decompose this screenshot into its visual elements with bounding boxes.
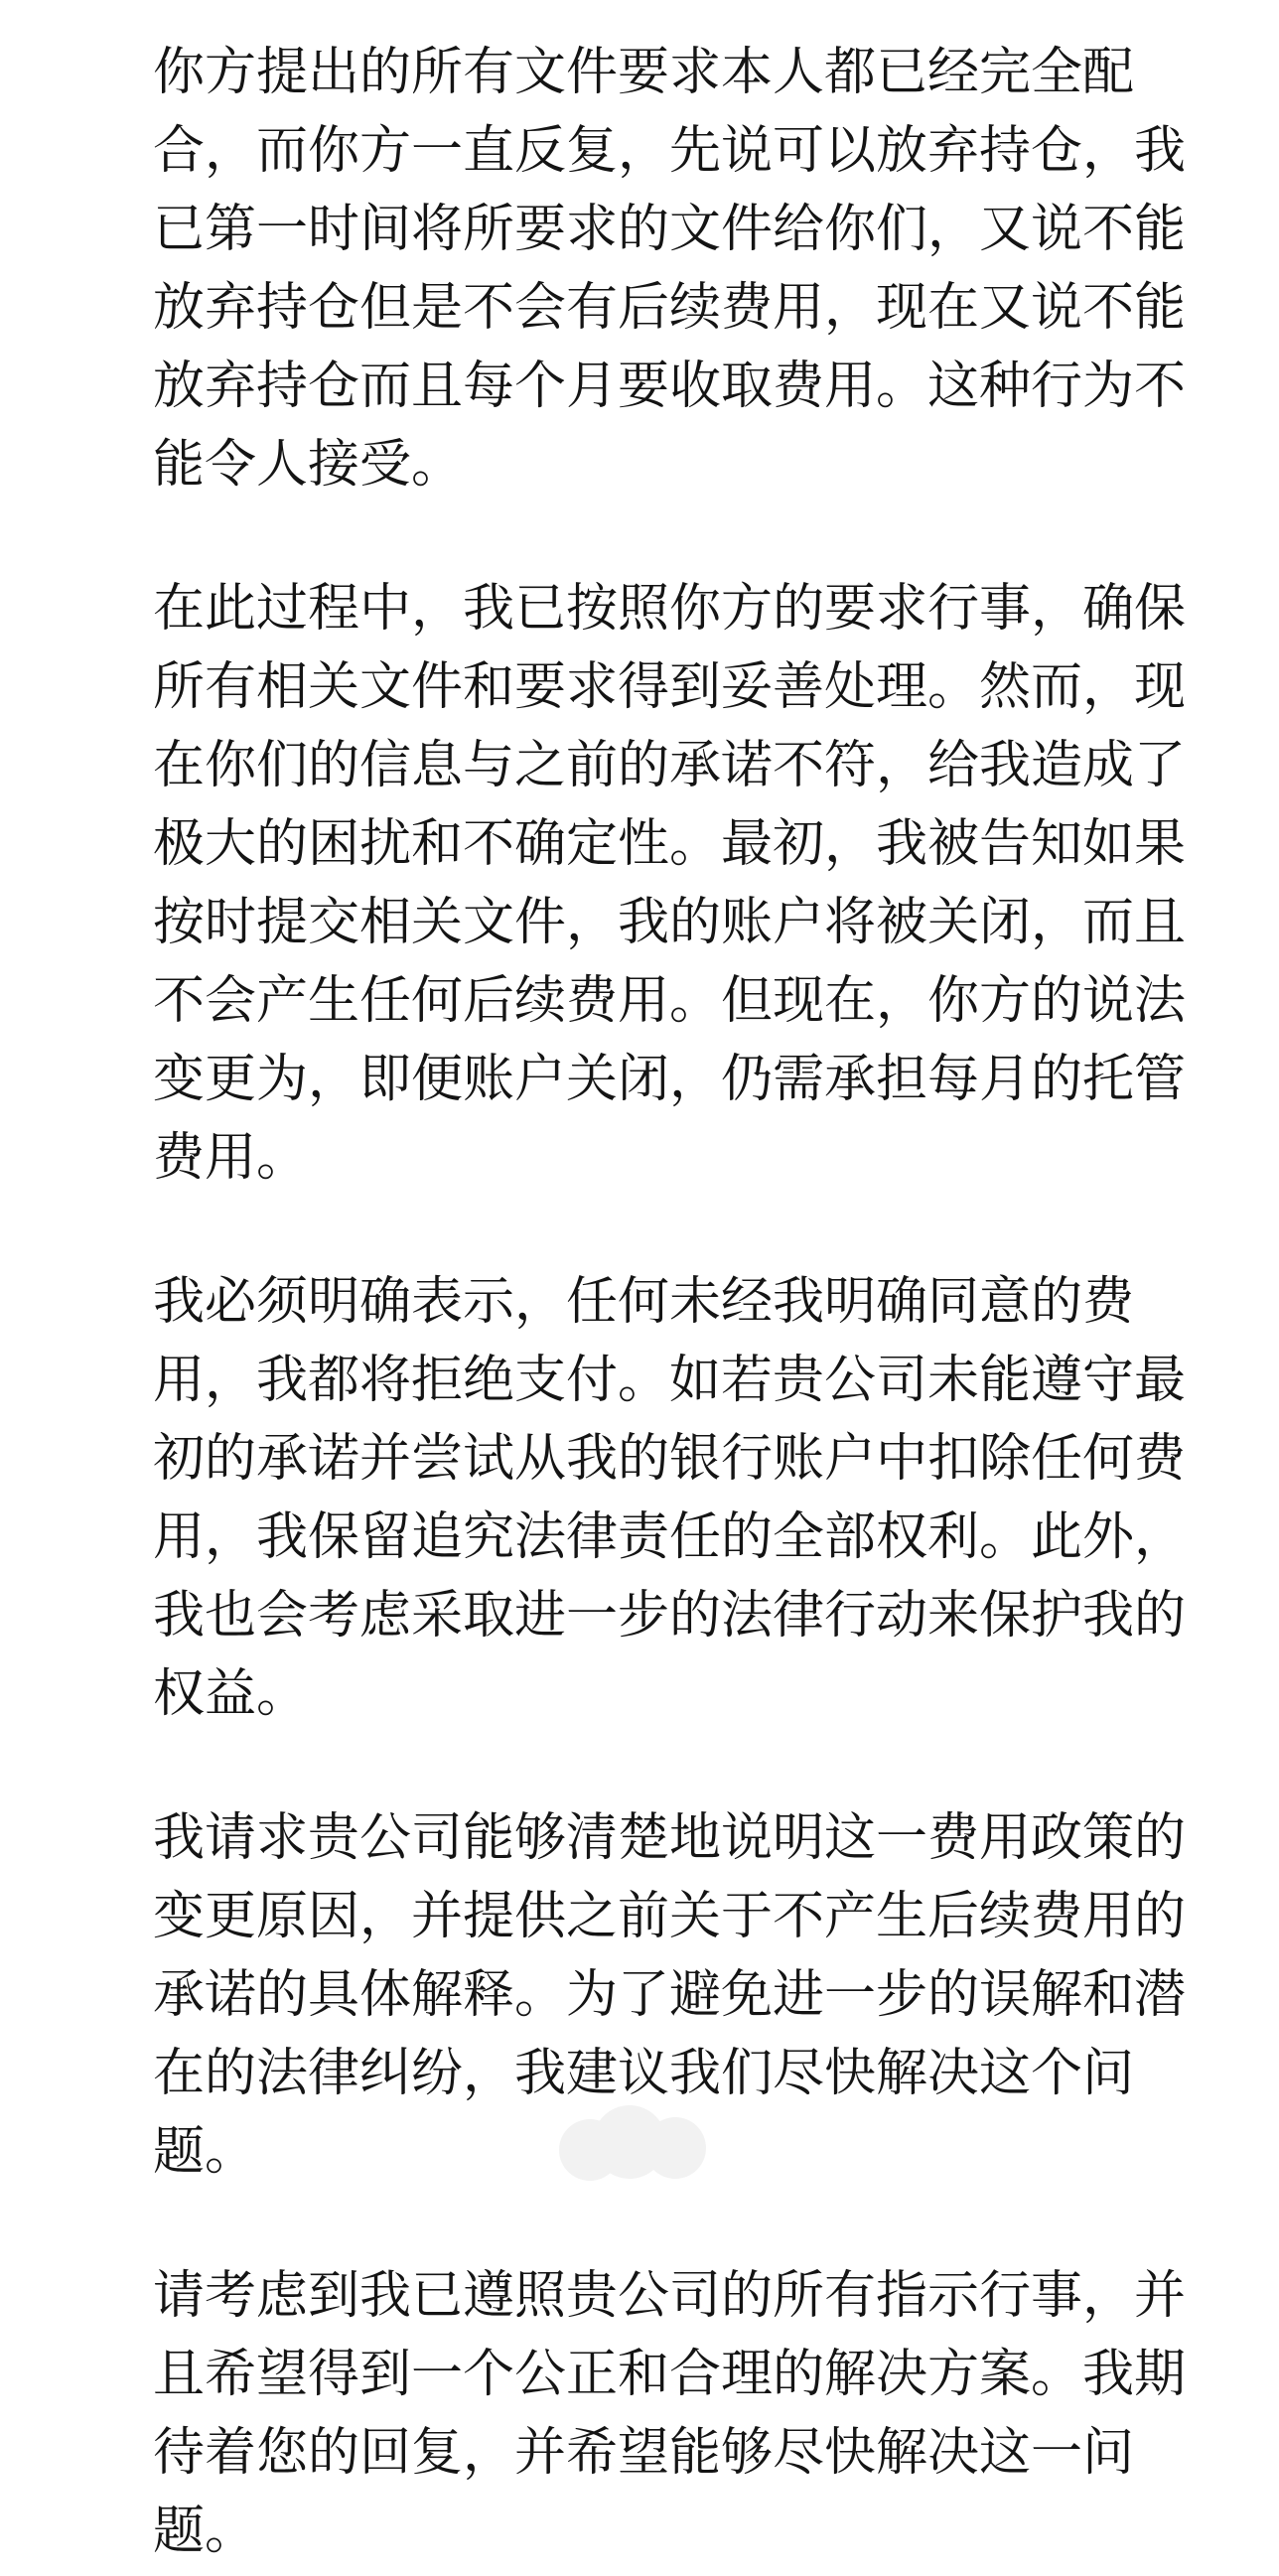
text-line: 用，我都将拒绝支付。如若贵公司未能遵守最 — [153, 1342, 1225, 1420]
text-line: 我也会考虑采取进一步的法律行动来保护我的 — [153, 1577, 1225, 1655]
text-line: 请考虑到我已遵照贵公司的所有指示行事，并 — [153, 2257, 1225, 2336]
text-line: 合，而你方一直反复，先说可以放弃持仓，我 — [153, 112, 1225, 191]
text-line: 初的承诺并尝试从我的银行账户中扣除任何费 — [153, 1420, 1225, 1499]
text-line: 用，我保留追究法律责任的全部权利。此外， — [153, 1499, 1225, 1577]
text-line: 权益。 — [153, 1655, 1225, 1734]
text-line: 放弃持仓但是不会有后续费用，现在又说不能 — [153, 269, 1225, 348]
paragraph: 在此过程中，我已按照你方的要求行事，确保所有相关文件和要求得到妥善处理。然而，现… — [153, 570, 1225, 1198]
paragraph: 你方提出的所有文件要求本人都已经完全配合，而你方一直反复，先说可以放弃持仓，我已… — [153, 34, 1225, 504]
text-line: 已第一时间将所要求的文件给你们，又说不能 — [153, 191, 1225, 269]
text-line: 在的法律纠纷，我建议我们尽快解决这个问 — [153, 2035, 1225, 2113]
text-line: 费用。 — [153, 1119, 1225, 1198]
letter-page: 你方提出的所有文件要求本人都已经完全配合，而你方一直反复，先说可以放弃持仓，我已… — [0, 0, 1279, 2576]
text-line: 且希望得到一个公正和合理的解决方案。我期 — [153, 2336, 1225, 2414]
text-line: 放弃持仓而且每个月要收取费用。这种行为不 — [153, 348, 1225, 426]
text-line: 我必须明确表示，任何未经我明确同意的费 — [153, 1263, 1225, 1342]
text-line: 不会产生任何后续费用。但现在，你方的说法 — [153, 962, 1225, 1041]
text-line: 在你们的信息与之前的承诺不符，给我造成了 — [153, 727, 1225, 805]
text-line: 按时提交相关文件，我的账户将被关闭，而且 — [153, 884, 1225, 962]
text-line: 我请求贵公司能够清楚地说明这一费用政策的 — [153, 1799, 1225, 1878]
text-line: 题。 — [153, 2113, 1225, 2192]
text-line: 待着您的回复，并希望能够尽快解决这一问 — [153, 2414, 1225, 2493]
paragraph: 请考虑到我已遵照贵公司的所有指示行事，并且希望得到一个公正和合理的解决方案。我期… — [153, 2257, 1225, 2571]
text-line: 能令人接受。 — [153, 426, 1225, 504]
paragraph: 我必须明确表示，任何未经我明确同意的费用，我都将拒绝支付。如若贵公司未能遵守最初… — [153, 1263, 1225, 1734]
text-line: 变更为，即便账户关闭，仍需承担每月的托管 — [153, 1041, 1225, 1119]
paragraph: 我请求贵公司能够清楚地说明这一费用政策的变更原因，并提供之前关于不产生后续费用的… — [153, 1799, 1225, 2192]
text-line: 极大的困扰和不确定性。最初，我被告知如果 — [153, 805, 1225, 884]
letter-body: 你方提出的所有文件要求本人都已经完全配合，而你方一直反复，先说可以放弃持仓，我已… — [153, 34, 1225, 2571]
text-line: 变更原因，并提供之前关于不产生后续费用的 — [153, 1878, 1225, 1956]
text-line: 题。 — [153, 2493, 1225, 2571]
text-line: 所有相关文件和要求得到妥善处理。然而，现 — [153, 648, 1225, 727]
text-line: 你方提出的所有文件要求本人都已经完全配 — [153, 34, 1225, 112]
text-line: 承诺的具体解释。为了避免进一步的误解和潜 — [153, 1956, 1225, 2035]
text-line: 在此过程中，我已按照你方的要求行事，确保 — [153, 570, 1225, 648]
